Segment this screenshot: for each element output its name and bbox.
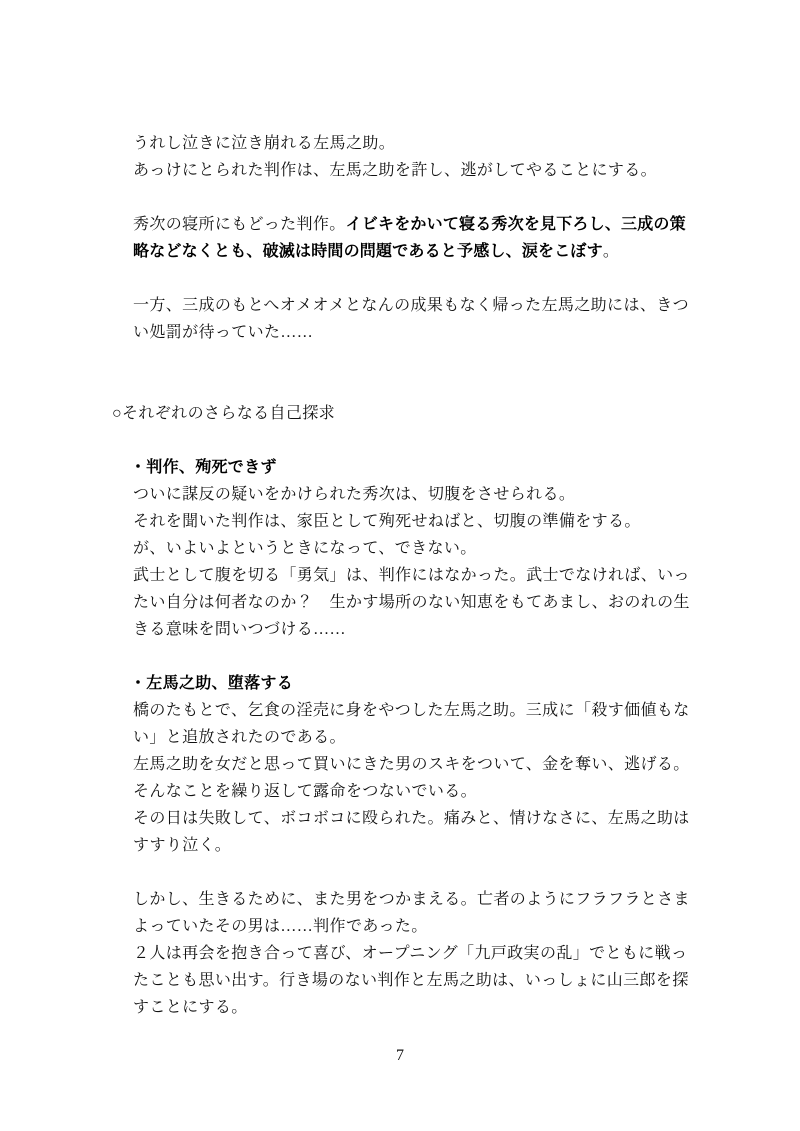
paragraph-line: よっていたその男は……判作であった。 (133, 913, 713, 940)
blank-line (133, 427, 713, 454)
paragraph-line: それを聞いた判作は、家臣として殉死せねばと、切腹の準備をする。 (133, 508, 713, 535)
paragraph-line: い」と追放されたのである。 (133, 724, 713, 751)
paragraph-text: 。 (603, 243, 619, 260)
paragraph-line: たい自分は何者なのか？ 生かす場所のない知恵をもてあまし、おのれの生 (133, 589, 713, 616)
paragraph-line: 武士として腹を切る「勇気」は、判作にはなかった。武士でなければ、いっ (133, 562, 713, 589)
page-footer: 7 (0, 1042, 800, 1069)
paragraph-line: い処罰が待っていた…… (133, 319, 713, 346)
paragraph-line: そんなことを繰り返して露命をつないでいる。 (133, 778, 713, 805)
paragraph-line: 左馬之助を女だと思って買いにきた男のスキをついて、金を奪い、逃げる。 (133, 751, 713, 778)
paragraph-line: ２人は再会を抱き合って喜び、オープニング「九戸政実の乱」でともに戦っ (133, 940, 713, 967)
emphasis-text: イビキをかいて寝る秀次を見下ろし、三成の策 (346, 216, 686, 233)
paragraph-line: すことにする。 (133, 994, 713, 1021)
paragraph-line: あっけにとられた判作は、左馬之助を許し、逃がしてやることにする。 (133, 157, 713, 184)
page-number: 7 (396, 1047, 404, 1064)
paragraph-line: きる意味を問いつづける…… (133, 616, 713, 643)
blank-lines (133, 346, 713, 400)
emphasis-text: 略などなくとも、破滅は時間の問題であると予感し、涙をこぼす (133, 243, 603, 260)
paragraph-line: ついに謀反の疑いをかけられた秀次は、切腹をさせられる。 (133, 481, 713, 508)
paragraph-line: その日は失敗して、ボコボコに殴られた。痛みと、情けなさに、左馬之助は (133, 805, 713, 832)
blank-line (133, 859, 713, 886)
subsection-title-hansaku-junshi: ・判作、殉死できず (130, 454, 713, 481)
paragraph-line: たことも思い出す。行き場のない判作と左馬之助は、いっしょに山三郎を探 (133, 967, 713, 994)
document-body: うれし泣きに泣き崩れる左馬之助。 あっけにとられた判作は、左馬之助を許し、逃がし… (133, 130, 713, 1021)
paragraph-line: 略などなくとも、破滅は時間の問題であると予感し、涙をこぼす。 (133, 238, 713, 265)
section-heading: ○それぞれのさらなる自己探求 (112, 400, 713, 427)
subsection-title-samanosuke-daraku: ・左馬之助、堕落する (130, 670, 713, 697)
paragraph-line: すすり泣く。 (133, 832, 713, 859)
paragraph-line: しかし、生きるために、また男をつかまえる。亡者のようにフラフラとさま (133, 886, 713, 913)
blank-line (133, 184, 713, 211)
paragraph-line: 一方、三成のもとへオメオメとなんの成果もなく帰った左馬之助には、きつ (133, 292, 713, 319)
paragraph-text: 秀次の寝所にもどった判作。 (133, 216, 346, 233)
paragraph-line: 秀次の寝所にもどった判作。イビキをかいて寝る秀次を見下ろし、三成の策 (133, 211, 713, 238)
blank-line (133, 265, 713, 292)
paragraph-line: が、いよいよというときになって、できない。 (133, 535, 713, 562)
paragraph-line: 橋のたもとで、乞食の淫売に身をやつした左馬之助。三成に「殺す価値もな (133, 697, 713, 724)
blank-line (133, 643, 713, 670)
document-page: うれし泣きに泣き崩れる左馬之助。 あっけにとられた判作は、左馬之助を許し、逃がし… (0, 0, 800, 1131)
paragraph-line: うれし泣きに泣き崩れる左馬之助。 (133, 130, 713, 157)
